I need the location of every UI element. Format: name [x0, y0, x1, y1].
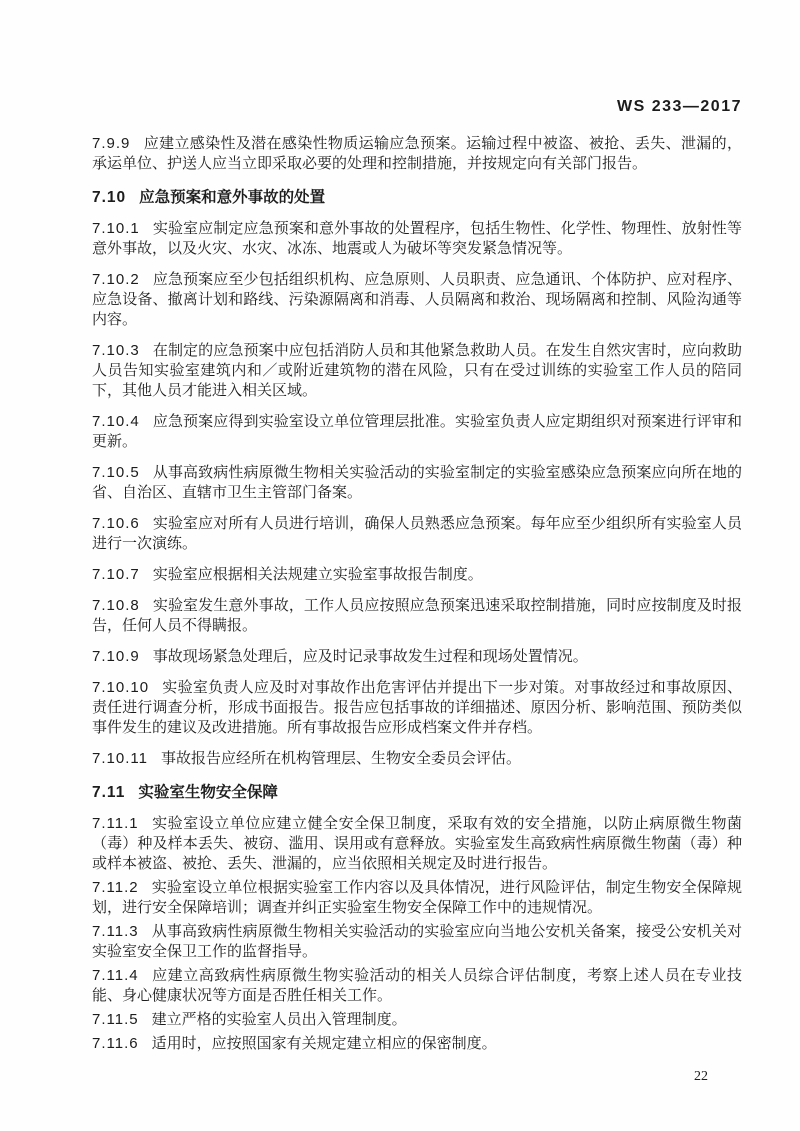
clause-text: 建立严格的实验室人员出入管理制度。 [152, 1012, 407, 1028]
clause-text: 实验室应根据相关法规建立实验室事故报告制度。 [153, 567, 483, 583]
clause-text: 从事高致病性病原微生物相关实验活动的实验室应向当地公安机关备案，接受公安机关对实… [92, 924, 742, 960]
clause-text: 实验室应制定应急预案和意外事故的处置程序，包括生物性、化学性、物理性、放射性等意… [92, 221, 742, 257]
clause-number: 7.11.6 [92, 1035, 139, 1052]
clause-number: 7.10.10 [92, 679, 149, 696]
document-page: WS 233—2017 7.9.9应建立感染性及潜在感染性物质运输应急预案。运输… [0, 0, 800, 1131]
clause-7-10-9: 7.10.9事故现场紧急处理后，应及时记录事故发生过程和现场处置情况。 [92, 647, 742, 667]
page-number: 22 [92, 1068, 742, 1086]
clause-7-10-11: 7.10.11事故报告应经所在机构管理层、生物安全委员会评估。 [92, 749, 742, 769]
clause-7-11-4: 7.11.4应建立高致病性病原微生物实验活动的相关人员综合评估制度，考察上述人员… [92, 966, 742, 1006]
clause-number: 7.10.5 [92, 464, 140, 481]
clause-7-11-1: 7.11.1实验室设立单位应建立健全安全保卫制度，采取有效的安全措施，以防止病原… [92, 814, 742, 874]
clause-number: 7.10.2 [92, 271, 140, 288]
clause-number: 7.10.11 [92, 750, 148, 767]
heading-text: 应急预案和意外事故的处置 [139, 189, 325, 206]
clause-text: 从事高致病性病原微生物相关实验活动的实验室制定的实验室感染应急预案应向所在地的省… [92, 465, 742, 501]
clause-number: 7.10.7 [92, 566, 140, 583]
clause-text: 应急预案应得到实验室设立单位管理层批准。实验室负责人应定期组织对预案进行评审和更… [92, 414, 742, 450]
clause-7-11-6: 7.11.6适用时，应按照国家有关规定建立相应的保密制度。 [92, 1034, 742, 1054]
clause-number: 7.9.9 [92, 135, 130, 152]
clause-number: 7.11.5 [92, 1011, 139, 1028]
clause-text: 应建立感染性及潜在感染性物质运输应急预案。运输过程中被盗、被抢、丢失、泄漏的，承… [92, 136, 742, 172]
clause-7-11-2: 7.11.2实验室设立单位根据实验室工作内容以及具体情况，进行风险评估，制定生物… [92, 878, 742, 918]
clause-text: 实验室应对所有人员进行培训，确保人员熟悉应急预案。每年应至少组织所有实验室人员进… [92, 516, 742, 552]
clause-7-9-9: 7.9.9应建立感染性及潜在感染性物质运输应急预案。运输过程中被盗、被抢、丢失、… [92, 134, 742, 174]
clause-number: 7.10.4 [92, 413, 140, 430]
clause-text: 适用时，应按照国家有关规定建立相应的保密制度。 [152, 1036, 497, 1052]
clause-7-10-6: 7.10.6实验室应对所有人员进行培训，确保人员熟悉应急预案。每年应至少组织所有… [92, 514, 742, 554]
clause-7-10-5: 7.10.5从事高致病性病原微生物相关实验活动的实验室制定的实验室感染应急预案应… [92, 463, 742, 503]
clause-text: 实验室负责人应及时对事故作出危害评估并提出下一步对策。对事故经过和事故原因、责任… [92, 680, 742, 736]
section-heading-7-11: 7.11实验室生物安全保障 [92, 783, 742, 803]
clause-number: 7.11.1 [92, 815, 139, 832]
clause-text: 事故现场紧急处理后，应及时记录事故发生过程和现场处置情况。 [153, 649, 588, 665]
clause-7-10-4: 7.10.4应急预案应得到实验室设立单位管理层批准。实验室负责人应定期组织对预案… [92, 412, 742, 452]
clause-number: 7.10.6 [92, 515, 140, 532]
clause-7-10-2: 7.10.2应急预案应至少包括组织机构、应急原则、人员职责、应急通讯、个体防护、… [92, 270, 742, 330]
clause-7-10-1: 7.10.1实验室应制定应急预案和意外事故的处置程序，包括生物性、化学性、物理性… [92, 219, 742, 259]
clause-number: 7.10 [92, 189, 126, 206]
clause-7-10-3: 7.10.3在制定的应急预案中应包括消防人员和其他紧急救助人员。在发生自然灾害时… [92, 341, 742, 401]
clause-number: 7.10.9 [92, 648, 140, 665]
clause-text: 事故报告应经所在机构管理层、生物安全委员会评估。 [161, 751, 521, 767]
clause-text: 实验室设立单位根据实验室工作内容以及具体情况，进行风险评估，制定生物安全保障规划… [92, 880, 742, 916]
clause-text: 应急预案应至少包括组织机构、应急原则、人员职责、应急通讯、个体防护、应对程序、应… [92, 272, 742, 328]
clause-text: 实验室设立单位应建立健全安全保卫制度，采取有效的安全措施，以防止病原微生物菌（毒… [92, 816, 742, 872]
heading-text: 实验室生物安全保障 [138, 784, 278, 801]
clause-number: 7.10.3 [92, 342, 140, 359]
clause-number: 7.11.3 [92, 923, 139, 940]
clause-7-10-8: 7.10.8实验室发生意外事故，工作人员应按照应急预案迅速采取控制措施，同时应按… [92, 596, 742, 636]
clause-number: 7.11.4 [92, 967, 139, 984]
clause-7-10-7: 7.10.7实验室应根据相关法规建立实验室事故报告制度。 [92, 565, 742, 585]
clause-text: 实验室发生意外事故，工作人员应按照应急预案迅速采取控制措施，同时应按制度及时报告… [92, 598, 742, 634]
doc-code: WS 233—2017 [92, 98, 742, 116]
clause-number: 7.10.8 [92, 597, 140, 614]
clause-text: 在制定的应急预案中应包括消防人员和其他紧急救助人员。在发生自然灾害时，应向救助人… [92, 343, 742, 399]
clause-7-10-10: 7.10.10实验室负责人应及时对事故作出危害评估并提出下一步对策。对事故经过和… [92, 678, 742, 738]
clause-7-11-5: 7.11.5建立严格的实验室人员出入管理制度。 [92, 1010, 742, 1030]
clause-text: 应建立高致病性病原微生物实验活动的相关人员综合评估制度，考察上述人员在专业技能、… [92, 968, 742, 1004]
clause-number: 7.11.2 [92, 879, 139, 896]
clause-number: 7.11 [92, 784, 125, 801]
clause-7-11-3: 7.11.3从事高致病性病原微生物相关实验活动的实验室应向当地公安机关备案，接受… [92, 922, 742, 962]
section-heading-7-10: 7.10应急预案和意外事故的处置 [92, 188, 742, 208]
clause-number: 7.10.1 [92, 220, 140, 237]
